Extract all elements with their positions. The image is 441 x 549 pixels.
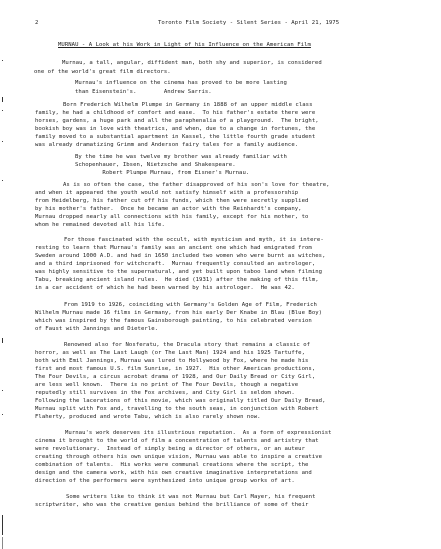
paragraph-line: one of the world's great film directors. xyxy=(34,69,171,75)
page-number: 2 xyxy=(35,20,38,26)
scan-mark xyxy=(2,390,3,391)
paragraph-line: Born Frederich Wilhelm Plumpe in Germany… xyxy=(63,102,313,108)
quote-attribution: Robert Plumpe Murnau, from Eisner's Murn… xyxy=(75,170,249,176)
paragraph-line: Tabu, breaking ancient island rules. He … xyxy=(35,277,319,283)
scan-mark xyxy=(2,110,3,111)
paragraph-line: are less well known. There is no print o… xyxy=(35,382,298,388)
paragraph-line: cinema it brought to the world of film a… xyxy=(35,438,319,444)
paragraph-line: bookish boy was in love with theatrics, … xyxy=(35,126,315,132)
paragraph-line: Murnau dropped nearly all connections wi… xyxy=(35,214,308,220)
paragraph-line: From 1919 to 1926, coinciding with Germa… xyxy=(64,302,317,308)
paragraph-line: both with Emil Jannings, Murnau was lure… xyxy=(35,358,308,364)
paragraph-line: As is so often the case, the father disa… xyxy=(63,182,330,188)
paragraph-line: scriptwriter, who was the creative geniu… xyxy=(35,502,308,508)
scan-mark xyxy=(2,338,3,343)
paragraph-line: family moved to a substantial apartment … xyxy=(35,134,315,140)
scan-mark xyxy=(2,414,3,415)
paragraph-line: For those fascinated with the occult, wi… xyxy=(64,237,324,243)
paragraph-line: combination of talents. His works were c… xyxy=(35,462,308,468)
paragraph-line: were revolutionary. Instead of simply be… xyxy=(35,446,305,452)
paragraph-line: was already dramatizing Grimm and Anders… xyxy=(35,142,298,148)
scan-mark xyxy=(2,97,3,102)
paragraph-line: Murnau split with Fox and, travelling to… xyxy=(35,406,319,412)
paragraph-line: horses, gardens, a huge park and all the… xyxy=(35,118,319,124)
paragraph-line: which was inspired by the famous Gainsbo… xyxy=(35,318,312,324)
paragraph-line: The Four Devils, a circus acrobat drama … xyxy=(35,374,315,380)
quote-line: than Eisenstein's. Andrew Sarris. xyxy=(75,89,212,95)
scan-mark xyxy=(2,60,3,61)
paragraph-line: Renowned also for Nosferatu, the Dracula… xyxy=(64,342,310,348)
paragraph-line: whom he remained devoted all his life. xyxy=(35,222,165,228)
paragraph-line: Murnau's work deserves its illustrious r… xyxy=(65,430,332,436)
paragraph-line: design and the camera work, with his own… xyxy=(35,470,312,476)
paragraph-line: first and most famous U.S. film Sunrise,… xyxy=(35,366,315,372)
article-title: MURNAU - A Look at his Work in Light of … xyxy=(58,42,311,48)
scan-mark xyxy=(2,180,3,181)
paragraph-line: family, he had a childhood of comfort an… xyxy=(35,110,315,116)
scan-mark xyxy=(2,537,3,549)
paragraph-line: in a car accident of which he had been w… xyxy=(35,285,295,291)
scan-mark xyxy=(2,141,3,142)
paragraph-line: by his mother's father. Once he became a… xyxy=(35,206,302,212)
paragraph-line: and when it appeared the youth would not… xyxy=(35,190,298,196)
paragraph-line: creating through others his own unique v… xyxy=(35,454,322,460)
paragraph-line: of Faust with Jannings and Dieterle. xyxy=(35,326,158,332)
paragraph-line: was highly sensitive to the supernatural… xyxy=(35,269,322,275)
quote-line: By the time he was twelve my brother was… xyxy=(75,154,287,160)
running-title: Toronto Film Society - Silent Series - A… xyxy=(158,20,339,26)
paragraph-line: direction of the performers were synthes… xyxy=(35,478,295,484)
document-page: 2 Toronto Film Society - Silent Series -… xyxy=(0,0,441,549)
paragraph-line: Some writers like to think it was not Mu… xyxy=(66,494,316,500)
scan-mark xyxy=(2,515,3,535)
paragraph-line: horror, as well as The Last Laugh (or Th… xyxy=(35,350,305,356)
paragraph-line: resting to learn that Murnau's family wa… xyxy=(35,245,312,251)
paragraph-line: and a third imprisoned for witchcraft. M… xyxy=(35,261,315,267)
quote-line: Murnau's influence on the cinema has pro… xyxy=(75,80,287,86)
paragraph-line: from Heidelberg, his father cut off his … xyxy=(35,198,308,204)
paragraph-line: reputedly still survives in the Fox arch… xyxy=(35,390,295,396)
paragraph-line: Wilhelm Murnau made 16 films in Germany,… xyxy=(35,310,322,316)
paragraph-line: Following the lacerations of this movie,… xyxy=(35,398,326,404)
paragraph-line: Flaherty, produced and wrote Tabu, which… xyxy=(35,414,261,420)
quote-line: Schopenhauer, Ibsen, Nietzsche and Shake… xyxy=(75,162,236,168)
paragraph-line: Murnau, a tall, angular, diffident man, … xyxy=(62,60,322,66)
paragraph-line: Sweden around 1000 A.D. and had in 1650 … xyxy=(35,253,326,259)
